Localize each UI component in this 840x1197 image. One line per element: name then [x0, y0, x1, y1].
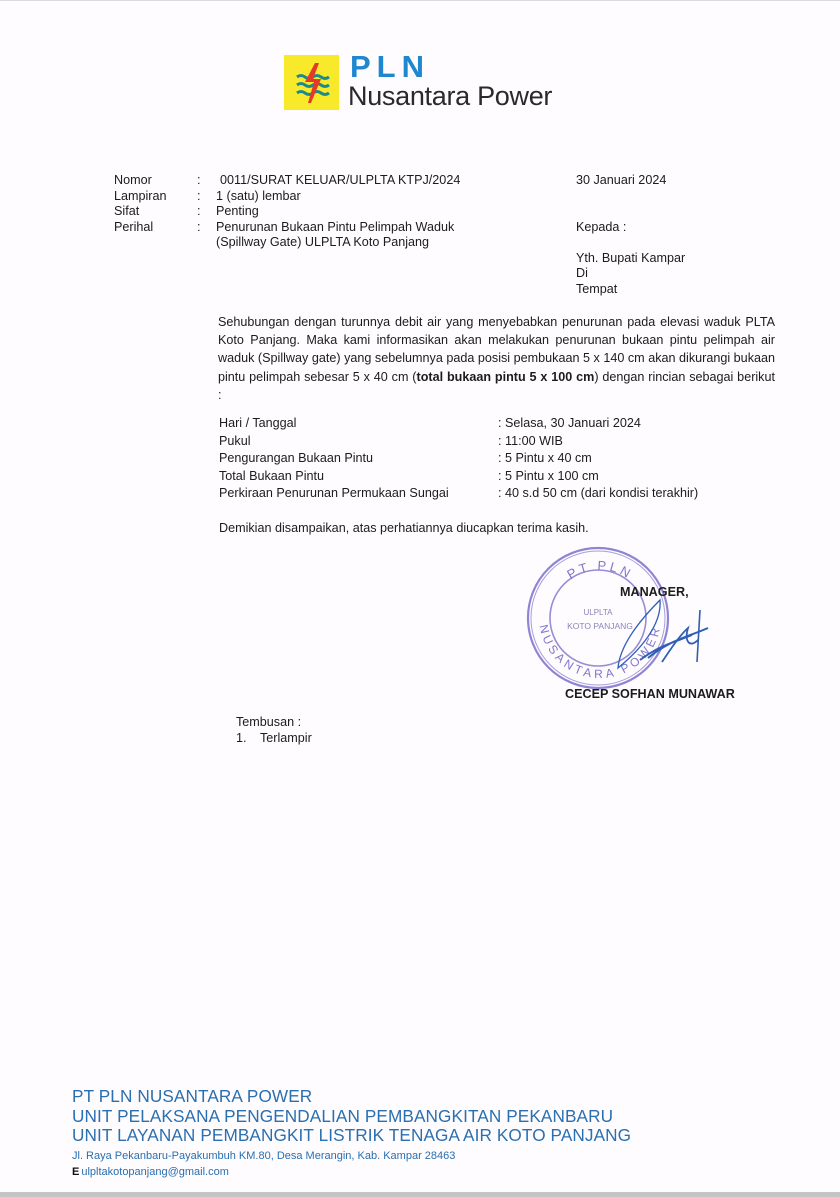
- email-icon: E: [72, 1166, 79, 1178]
- tembusan-item-text: Terlampir: [260, 731, 312, 747]
- recipient-line2: Di: [576, 266, 588, 282]
- meta-value-perihal-line2: (Spillway Gate) ULPLTA Koto Panjang: [216, 235, 429, 251]
- footer-email-row: Eulpltakotopanjang@gmail.com: [72, 1164, 631, 1180]
- footer-email[interactable]: ulpltakotopanjang@gmail.com: [81, 1166, 229, 1178]
- detail-label: Pukul: [219, 434, 251, 450]
- detail-value: : 5 Pintu x 100 cm: [498, 469, 599, 485]
- footer-address: Jl. Raya Pekanbaru-Payakumbuh KM.80, Des…: [72, 1148, 631, 1164]
- detail-label: Total Bukaan Pintu: [219, 469, 324, 485]
- detail-label: Perkiraan Penurunan Permukaan Sungai: [219, 486, 449, 502]
- recipient-line1: Yth. Bupati Kampar: [576, 251, 685, 267]
- detail-value: : 40 s.d 50 cm (dari kondisi terakhir): [498, 486, 698, 502]
- meta-colon: :: [197, 189, 201, 205]
- handwritten-signature: [600, 590, 720, 680]
- tembusan-label: Tembusan :: [236, 715, 301, 731]
- logo-subbrand: Nusantara Power: [348, 81, 552, 112]
- paragraph-bold-text: total bukaan pintu 5 x 100 cm: [417, 370, 595, 384]
- body-paragraph: Sehubungan dengan turunnya debit air yan…: [218, 313, 775, 404]
- page-top-edge: [0, 0, 840, 1]
- recipient-kepada: Kepada :: [576, 220, 626, 236]
- letter-date: 30 Januari 2024: [576, 173, 666, 189]
- meta-value-perihal: Penurunan Bukaan Pintu Pelimpah Waduk: [216, 220, 454, 236]
- footer-unit: UNIT PELAKSANA PENGENDALIAN PEMBANGKITAN…: [72, 1107, 631, 1127]
- meta-label-nomor: Nomor: [114, 173, 152, 189]
- detail-value: : 11:00 WIB: [498, 434, 563, 450]
- detail-label: Hari / Tanggal: [219, 416, 296, 432]
- letterhead-footer: PT PLN NUSANTARA POWER UNIT PELAKSANA PE…: [72, 1087, 631, 1180]
- meta-colon: :: [197, 220, 201, 236]
- meta-label-lampiran: Lampiran: [114, 189, 167, 205]
- svg-text:PT PLN: PT PLN: [564, 558, 635, 582]
- closing-sentence: Demikian disampaikan, atas perhatiannya …: [219, 521, 589, 537]
- meta-label-sifat: Sifat: [114, 204, 139, 220]
- detail-value: : Selasa, 30 Januari 2024: [498, 416, 641, 432]
- footer-company: PT PLN NUSANTARA POWER: [72, 1087, 631, 1107]
- detail-value: : 5 Pintu x 40 cm: [498, 451, 592, 467]
- tembusan-item-number: 1.: [236, 731, 247, 747]
- logo-brand: PLN: [350, 49, 430, 85]
- meta-colon: :: [197, 204, 201, 220]
- meta-label-perihal: Perihal: [114, 220, 153, 236]
- meta-value-lampiran: 1 (satu) lembar: [216, 189, 301, 205]
- signatory-name: CECEP SOFHAN MUNAWAR: [565, 687, 735, 703]
- meta-value-nomor: 0011/SURAT KELUAR/ULPLTA KTPJ/2024: [220, 173, 460, 189]
- detail-label: Pengurangan Bukaan Pintu: [219, 451, 373, 467]
- pln-lightning-waves-icon: [284, 55, 339, 110]
- recipient-line3: Tempat: [576, 282, 617, 298]
- footer-subunit: UNIT LAYANAN PEMBANGKIT LISTRIK TENAGA A…: [72, 1126, 631, 1146]
- meta-colon: :: [197, 173, 201, 189]
- page-bottom-edge: [0, 1192, 840, 1197]
- meta-value-sifat: Penting: [216, 204, 259, 220]
